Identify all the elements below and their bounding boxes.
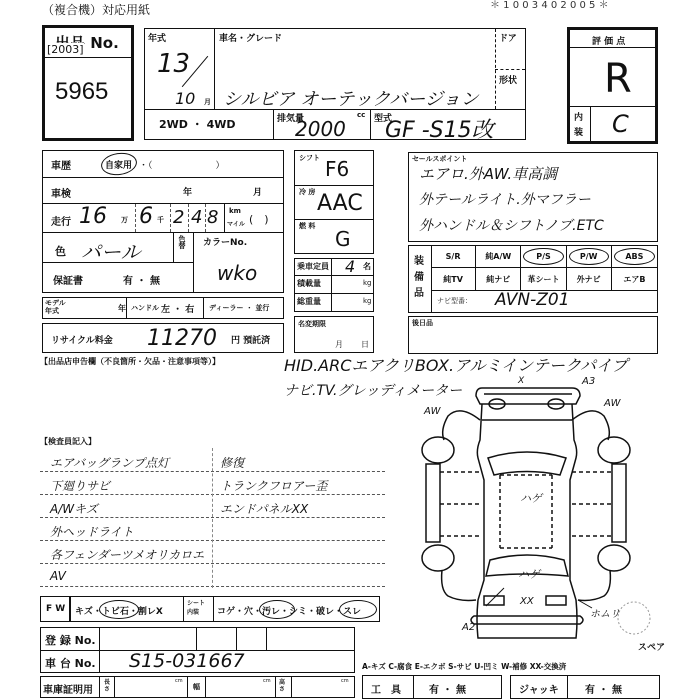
specs-box: シフト F6 冷 房 AAC 燃 料 G	[294, 150, 374, 254]
damage-mark: AW	[604, 398, 621, 409]
year-value: 13	[157, 49, 190, 79]
tools-box: 工 具 有 ・ 無	[362, 675, 502, 699]
mileage-digit: 4	[191, 207, 202, 228]
inspection-label: 車検	[51, 185, 71, 200]
damage-mark: XX	[520, 596, 534, 607]
sales-point-line: 外テールライト.外マフラー	[419, 189, 591, 209]
tools-value[interactable]: 有 ・ 無	[429, 681, 466, 696]
equipment-item[interactable]: 革シート	[521, 268, 566, 290]
cm-unit: cm	[263, 678, 271, 684]
equipment-item[interactable]: S/R	[431, 246, 476, 268]
name-label: 車名・グレード	[219, 31, 282, 44]
model-value: GF -S15改	[385, 113, 494, 144]
color-value: パール	[81, 236, 141, 265]
recycle-unit: 円 預託済	[231, 333, 270, 346]
width-label: 幅	[193, 682, 200, 692]
recycle-label: リサイクル料金	[51, 333, 113, 346]
form-note: （複合機）対応用紙	[42, 1, 150, 18]
lot-number: 5965	[55, 78, 108, 106]
jack-value[interactable]: 有 ・ 無	[585, 681, 622, 696]
shift-label: シフト	[299, 153, 320, 163]
handle-value[interactable]: 左 ・ 右	[161, 302, 194, 315]
history-value: 自家用	[105, 158, 132, 171]
spare-label: スペア	[638, 640, 665, 653]
gross-unit: kg	[363, 297, 372, 305]
mileage-digit: 8	[207, 207, 218, 228]
name-change-month: 月	[335, 339, 343, 350]
seat-label: シート内装	[187, 599, 209, 617]
capacity-value: 4	[345, 257, 355, 276]
inspector-notes: エアバッグランプ点灯下廻りサビA/Wキズ外ヘッドライト各フェンダーツメオリカロエ…	[40, 448, 385, 588]
equipment-item[interactable]: エアB	[612, 268, 657, 290]
navi-model: AVN-Z01	[495, 290, 570, 310]
height-label: 高さ	[279, 679, 287, 693]
capacity-label: 乗車定員	[297, 261, 329, 272]
garage-row: 車庫証明用 長さ cm 幅 cm 高さ cm	[40, 676, 355, 698]
mileage-man: 16	[79, 204, 107, 229]
seller-notes-label: 【出品店申告欄（不良箇所・欠品・注意事項等）】	[40, 356, 220, 367]
interior-grade: C	[612, 110, 629, 138]
inspector-note: AV	[50, 569, 66, 583]
history-label: 車歴	[51, 157, 71, 172]
displacement-unit: cc	[357, 111, 365, 119]
chassis-number: S15-031667	[129, 650, 245, 672]
inspector-note: 各フェンダーツメオリカロエ	[50, 546, 204, 563]
inspector-note: トランクフロアー歪	[220, 477, 327, 494]
dealer-value[interactable]: ディーラー ・ 並行	[209, 303, 269, 313]
warranty-value[interactable]: 有 ・ 無	[123, 272, 160, 287]
equipment-item[interactable]: 純ナビ	[476, 268, 521, 290]
recycle-value: 11270	[147, 326, 217, 351]
mileage-label: 走行	[51, 213, 71, 228]
color-no-label: カラーNo.	[203, 235, 247, 248]
jack-label: ジャッキ	[519, 681, 559, 696]
jack-box: ジャッキ 有 ・ 無	[510, 675, 660, 699]
history-box: 車歴 自家用 ・（ ） 車検 年 月 走行 16 万 6 千 2 4 8 km …	[42, 150, 284, 293]
model-year-label: モデル年式	[45, 299, 71, 315]
damage-mark: X	[518, 376, 524, 386]
equipment-item[interactable]: P/S	[521, 246, 566, 268]
inspector-label: 【検査員記入】	[40, 436, 96, 447]
sales-point-line: エアロ.外AW.車高調	[419, 163, 557, 184]
tools-label: 工 具	[371, 681, 401, 696]
seller-note-line: HID.ARCエアクリBOX.アルミインテークパイプ	[284, 353, 628, 376]
garage-label: 車庫証明用	[43, 681, 93, 696]
month-unit: 月	[204, 97, 211, 107]
chassis-label: 車 台 No.	[45, 655, 96, 671]
lot-box: 出品 No. [2003] 5965	[42, 25, 134, 141]
car-name: シルビア オーテックバージョン	[223, 85, 478, 111]
load-label: 積載量	[297, 278, 321, 289]
handle-label: ハンドル	[131, 303, 159, 313]
sales-point-line: 外ハンドル＆シフトノブ.ETC	[419, 215, 604, 235]
condition-row: F W キズ・トビ石・割レX シート内装 コゲ・穴・汚レ・シミ・破レ・スレ	[40, 596, 380, 622]
damage-mark: ハゲ	[518, 566, 540, 582]
later-items-label: 後日品	[412, 318, 433, 328]
ac-value: AAC	[317, 191, 363, 216]
damage-mark: ホムリ	[590, 605, 620, 620]
equipment-item[interactable]: 純TV	[431, 268, 476, 290]
form-code: ＊ 1 0 0 3 4 0 2 0 0 5 ＊	[490, 0, 609, 11]
registration-box: 登 録 No. 車 台 No. S15-031667	[40, 627, 355, 673]
year-label: 年式	[148, 31, 166, 44]
fuel-value: G	[335, 227, 351, 251]
model-year-unit: 年	[118, 303, 126, 314]
interior-label: 内	[574, 110, 583, 123]
equipment-item[interactable]: 外ナビ	[567, 268, 612, 290]
drive-type[interactable]: 2WD ・ 4WD	[159, 116, 236, 132]
shape-label: 形状	[499, 73, 517, 86]
equipment-label: 装備品	[414, 254, 424, 302]
grade-score: R	[604, 56, 632, 102]
mileage-sen-unit: 千	[157, 215, 164, 225]
equipment-box: 装備品 S/R純A/WP/SP/WABS純TV純ナビ革シート外ナビエアB ナビ型…	[408, 245, 658, 313]
inspector-note: エンドパネルXX	[220, 500, 308, 517]
color-no-value: wko	[217, 261, 257, 285]
month-value: 10	[175, 89, 195, 108]
damage-mark: AW	[424, 406, 441, 417]
damage-mark: A3	[582, 376, 595, 387]
mileage-paren: ( )	[249, 211, 269, 227]
recycle-row: リサイクル料金 11270 円 預託済	[42, 323, 284, 353]
history-other: ・（ ）	[139, 158, 225, 171]
mileage-digit: 2	[173, 207, 184, 228]
model-year-row: モデル年式 年 ハンドル 左 ・ 右 ディーラー ・ 並行	[42, 297, 284, 319]
equipment-item[interactable]: 純A/W	[476, 246, 521, 268]
color-label: 色	[55, 243, 66, 259]
inspection-month: 月	[253, 185, 262, 198]
grade-box: 評 価 点 R 内 装 C	[567, 27, 658, 144]
reg-label: 登 録 No.	[45, 632, 96, 648]
name-change-box: 名変期限 月 日	[294, 316, 374, 353]
name-change-day: 日	[361, 339, 369, 350]
name-change-label: 名変期限	[298, 319, 326, 329]
damage-legend: A-キズ C-腐食 E-エクボ S-サビ U-凹ミ W-補修 XX-交換済	[362, 661, 566, 672]
shift-value: F6	[325, 157, 349, 181]
cm-unit: cm	[341, 678, 349, 684]
cm-unit: cm	[175, 678, 183, 684]
inspector-note: 外ヘッドライト	[50, 523, 134, 540]
door-label: ドア	[499, 31, 517, 44]
mileage-unit-km: km	[229, 207, 241, 215]
fuel-label: 燃 料	[299, 221, 315, 231]
fw-label: F W	[46, 604, 65, 614]
inspector-note: 下廻りサビ	[50, 477, 110, 494]
displacement-value: 2000	[295, 117, 346, 141]
damage-mark: A2	[462, 622, 475, 633]
mileage-unit-mile: マイル	[227, 219, 245, 228]
inspector-note: エアバッグランプ点灯	[50, 454, 169, 471]
load-unit: kg	[363, 279, 372, 287]
mileage-man-unit: 万	[121, 215, 128, 225]
later-items-box: 後日品	[408, 316, 658, 354]
inspector-note: 修復	[220, 454, 244, 471]
equipment-item[interactable]: ABS	[612, 246, 657, 268]
color-change-label: 色替	[177, 235, 187, 249]
grade-label: 評 価 点	[592, 34, 625, 47]
length-label: 長さ	[104, 679, 112, 693]
gross-label: 総重量	[297, 296, 321, 307]
equipment-item[interactable]: P/W	[567, 246, 612, 268]
capacity-box: 乗車定員 4 名 積載量 kg 総重量 kg	[294, 258, 374, 312]
damage-mark: ハゲ	[520, 490, 542, 506]
inspection-year: 年	[183, 185, 192, 198]
equipment-grid: S/R純A/WP/SP/WABS純TV純ナビ革シート外ナビエアB	[431, 246, 657, 290]
navi-label: ナビ型番：	[437, 296, 472, 306]
lot-tag: [2003]	[47, 43, 84, 56]
sales-points-box: セールスポイント エアロ.外AW.車高調 外テールライト.外マフラー 外ハンドル…	[408, 152, 658, 242]
car-damage-diagram	[400, 380, 700, 650]
inspector-note: A/Wキズ	[50, 500, 98, 517]
mileage-sen: 6	[139, 204, 153, 229]
vehicle-box: 年式 13 10 月 車名・グレード シルビア オーテックバージョン ドア 形状…	[144, 28, 526, 140]
ac-label: 冷 房	[299, 187, 315, 197]
capacity-unit: 名	[363, 261, 371, 272]
warranty-label: 保証書	[53, 272, 83, 287]
interior-label-2: 装	[574, 125, 583, 138]
